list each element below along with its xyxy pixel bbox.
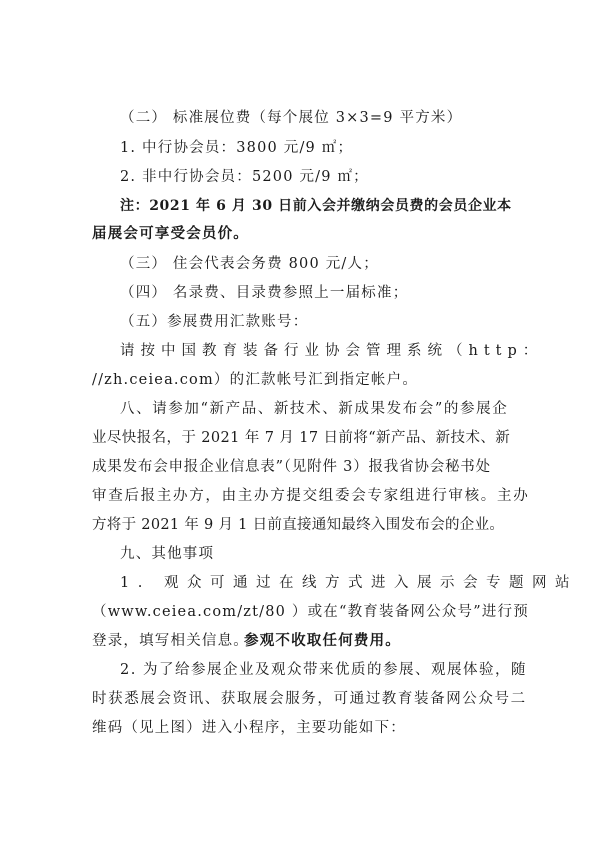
fee-member: 1. 中行协会员：3800 元/9 ㎡； [120, 138, 512, 158]
section-5: （五）参展费用汇款账号： [120, 312, 512, 332]
free-admission-note: 参观不收取任何费用。 [244, 631, 444, 651]
payment-line-2: //zh.ceiea.com）的汇款帐号汇到指定帐户。 [92, 370, 512, 390]
section-8-line-2: 业尽快报名，于 2021 年 7 月 17 日前将“新产品、新技术、新 [92, 428, 512, 448]
section-8-line-4: 审查后报主办方，由主办方提交组委会专家组进行审核。主办 [92, 486, 512, 506]
note-line-2: 届展会可享受会员价。 [92, 224, 512, 244]
section-9-heading: 九、其他事项 [120, 544, 512, 564]
section-9-item-1-line-2: （www.ceiea.com/zt/80 ）或在“教育装备网公众号”进行预 [92, 602, 512, 622]
section-8-line-3: 成果发布会申报企业信息表”（见附件 3）报我省协会秘书处 [92, 457, 512, 477]
note-line-1: 注：2021 年 6 月 30 日前入会并缴纳会员费的会员企业本 [120, 196, 512, 216]
section-2-heading: （二） 标准展位费（每个展位 3×3=9 平方米） [120, 108, 512, 128]
section-4: （四） 名录费、目录费参照上一届标准； [120, 283, 512, 303]
section-8-line-1: 八、请参加“新产品、新技术、新成果发布会”的参展企 [120, 399, 512, 419]
fee-non-member: 2. 非中行协会员：5200 元/9 ㎡； [120, 167, 512, 187]
section-9-item-2-line-3: 维码（见上图）进入小程序，主要功能如下： [92, 718, 512, 738]
payment-line-1: 请按中国教育装备行业协会管理系统（http： [120, 341, 512, 361]
section-9-item-1-line-1: 1. 观众可通过在线方式进入展示会专题网站 [120, 573, 512, 593]
section-9-item-2-line-1: 2. 为了给参展企业及观众带来优质的参展、观展体验，随 [120, 660, 512, 680]
section-9-item-2-line-2: 时获悉展会资讯、获取展会服务，可通过教育装备网公众号二 [92, 689, 512, 709]
section-3: （三） 住会代表会务费 800 元/人； [120, 254, 512, 274]
section-8-line-5: 方将于 2021 年 9 月 1 日前直接通知最终入围发布会的企业。 [92, 515, 512, 535]
